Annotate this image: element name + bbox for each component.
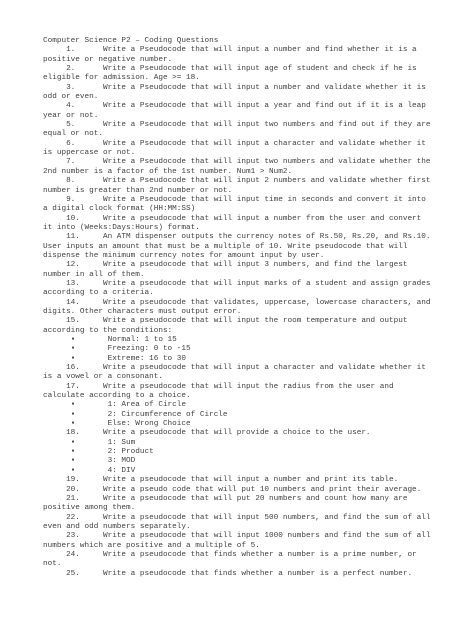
document-line: 10. Write a pseudocode that will input a… xyxy=(43,215,443,224)
document-body: 1. Write a Pseudocode that will input a … xyxy=(43,46,443,579)
document-line: eligible for admission. Age >= 18. xyxy=(43,74,443,83)
document-line: 19. Write a pseudocode that will input a… xyxy=(43,476,443,485)
document-line: User inputs an amount that must be a mul… xyxy=(43,243,443,252)
document-line: 16. Write a pseudocode that will input a… xyxy=(43,364,443,373)
document-line: ▪ 4: DIV xyxy=(43,467,443,476)
document-line: 23. Write a pseudocode that will input 1… xyxy=(43,532,443,541)
document-line: ▪ 1: Sum xyxy=(43,439,443,448)
document-line: dispense the minimum currency notes for … xyxy=(43,252,443,261)
document-line: ▪ Else: Wrong Choice xyxy=(43,420,443,429)
document-line: 5. Write a Pseudocode that will input tw… xyxy=(43,121,443,130)
document-line: odd or even. xyxy=(43,93,443,102)
document-line: number is greater than 2nd number or not… xyxy=(43,187,443,196)
document-line: even and odd numbers separately. xyxy=(43,523,443,532)
document-line: ▪ 2: Product xyxy=(43,448,443,457)
document-line: 15. Write a pseudocode that will input t… xyxy=(43,317,443,326)
document-line: ▪ 2: Circumference of Circle xyxy=(43,411,443,420)
document-line: numbers which are positive and a multipl… xyxy=(43,542,443,551)
document-line: 7. Write a Pseudocode that will input tw… xyxy=(43,158,443,167)
document-line: ▪ 3: MOD xyxy=(43,457,443,466)
document-line: number in all of them. xyxy=(43,271,443,280)
document-line: not. xyxy=(43,560,443,569)
document-line: ▪ Freezing: 0 to -15 xyxy=(43,345,443,354)
document-line: equal or not. xyxy=(43,130,443,139)
document-line: 8. Write a Pseudocode that will input 2 … xyxy=(43,177,443,186)
document-line: positive or negative number. xyxy=(43,56,443,65)
document-page: Computer Science P2 – Coding Questions 1… xyxy=(0,0,474,632)
document-line: 13. Write a pseudocode that will input m… xyxy=(43,280,443,289)
document-line: digits. Other characters must output err… xyxy=(43,308,443,317)
document-line: 3. Write a Pseudocode that will input a … xyxy=(43,84,443,93)
document-line: year or not. xyxy=(43,112,443,121)
document-line: according to a criteria. xyxy=(43,289,443,298)
document-line: 2nd number is a factor of the 1st number… xyxy=(43,168,443,177)
document-line: ▪ 1: Area of Circle xyxy=(43,401,443,410)
document-line: ▪ Normal: 1 to 15 xyxy=(43,336,443,345)
document-line: 24. Write a pseudocode that finds whethe… xyxy=(43,551,443,560)
document-line: positive among them. xyxy=(43,504,443,513)
document-line: calculate according to a choice. xyxy=(43,392,443,401)
document-line: according to the conditions: xyxy=(43,327,443,336)
document-line: 18. Write a pseudocode that will provide… xyxy=(43,429,443,438)
document-line: 25. Write a pseudocode that finds whethe… xyxy=(43,570,443,579)
document-line: 9. Write a Pseudocode that will input ti… xyxy=(43,196,443,205)
document-line: 21. Write a pseudocode that will put 20 … xyxy=(43,495,443,504)
document-line: 12. Write a pseudocode that will input 3… xyxy=(43,261,443,270)
document-line: 17. Write a pseudocode that will input t… xyxy=(43,383,443,392)
document-line: a digital clock format (HH:MM:SS) xyxy=(43,205,443,214)
document-line: ▪ Extreme: 16 to 30 xyxy=(43,355,443,364)
document-line: 11. An ATM dispenser outputs the currenc… xyxy=(43,233,443,242)
document-line: 4. Write a Pseudocode that will input a … xyxy=(43,102,443,111)
document-title: Computer Science P2 – Coding Questions xyxy=(43,37,443,46)
document-line: 22. Write a pseudocode that will input 5… xyxy=(43,514,443,523)
document-line: 6. Write a Pseudocode that will input a … xyxy=(43,140,443,149)
document-text: Computer Science P2 – Coding Questions 1… xyxy=(43,37,443,579)
document-line: is uppercase or not. xyxy=(43,149,443,158)
document-line: 14. Write a pseudocode that validates, u… xyxy=(43,299,443,308)
document-line: is a vowel or a consonant. xyxy=(43,373,443,382)
document-line: it into (Weeks:Days:Hours) format. xyxy=(43,224,443,233)
document-line: 2. Write a Pseudocode that will input ag… xyxy=(43,65,443,74)
document-line: 1. Write a Pseudocode that will input a … xyxy=(43,46,443,55)
document-line: 20. Write a pseudo code that will put 10… xyxy=(43,486,443,495)
